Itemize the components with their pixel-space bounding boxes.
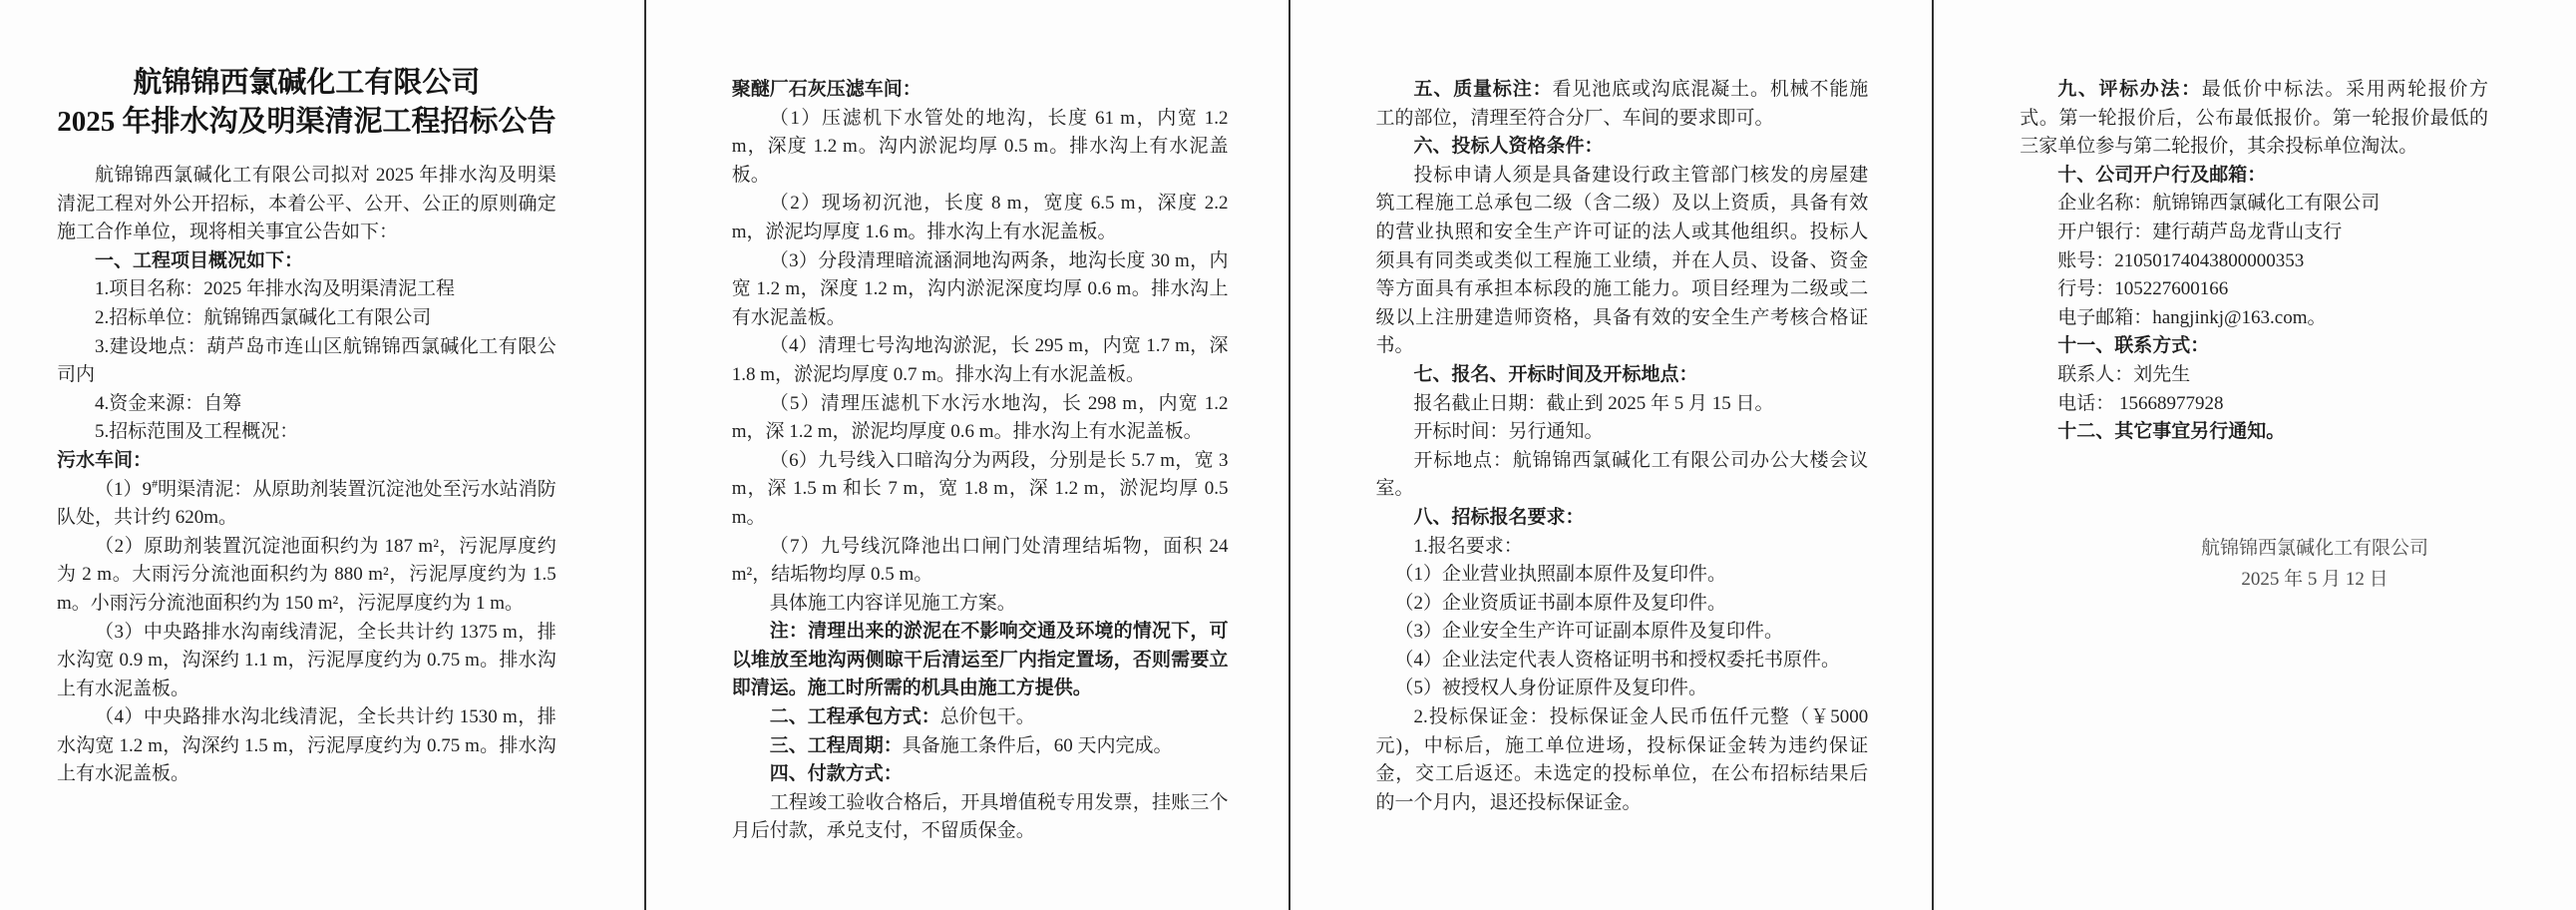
section-12-other-matters: 十二、其它事宜另行通知。 — [2020, 418, 2488, 447]
page-2: 聚醚厂石灰压滤车间： （1）压滤机下水管处的地沟，长度 61 m，内宽 1.2 … — [644, 0, 1288, 910]
payment-terms-paragraph: 工程竣工验收合格后，开具增值税专用发票，挂账三个月后付款，承兑支付，不留质保金。 — [732, 789, 1229, 846]
lime-item-6: （6）九号线入口暗沟分为两段，分别是长 5.7 m，宽 3 m，深 1.5 m … — [732, 447, 1229, 533]
lime-workshop-heading: 聚醚厂石灰压滤车间： — [732, 76, 1229, 105]
section-4-payment-heading: 四、付款方式： — [732, 760, 1229, 789]
section-7-time-place-heading: 七、报名、开标时间及开标地点： — [1376, 361, 1869, 390]
company-name-line: 企业名称：航锦锦西氯碱化工有限公司 — [2020, 190, 2488, 219]
scope-overview-item: 5.招标范围及工程概况： — [57, 418, 556, 447]
lime-item-7: （7）九号线沉降池出口闸门处清理结垢物，面积 24 m²，结垢物均厚 0.5 m… — [732, 533, 1229, 590]
section-6-bidder-qualification-heading: 六、投标人资格条件： — [1376, 133, 1869, 162]
funding-source-item: 4.资金来源：自筹 — [57, 390, 556, 419]
bid-deposit-paragraph: 2.投标保证金：投标保证金人民币伍仟元整（￥5000元)，中标后，施工单位进场，… — [1376, 703, 1869, 817]
lime-item-2: （2）现场初沉池，长度 8 m，宽度 6.5 m，深度 2.2 m，淤泥均厚度 … — [732, 190, 1229, 246]
doc-title-line1: 航锦锦西氯碱化工有限公司 — [57, 64, 556, 103]
wastewater-item-2: （2）原助剂装置沉淀池面积约为 187 m²，污泥厚度约为 2 m。大雨污分流池… — [57, 533, 556, 619]
document-sheet: 航锦锦西氯碱化工有限公司 2025 年排水沟及明渠清泥工程招标公告 航锦锦西氯碱… — [0, 0, 2576, 910]
construction-plan-note: 具体施工内容详见施工方案。 — [732, 590, 1229, 619]
signature-block: 航锦锦西氯碱化工有限公司 2025 年 5 月 12 日 — [2020, 533, 2488, 595]
lime-item-3: （3）分段清理暗流涵洞地沟两条，地沟长度 30 m，内宽 1.2 m，深度 1.… — [732, 247, 1229, 333]
required-doc-2: （2）企业资质证书副本原件及复印件。 — [1376, 590, 1869, 619]
bank-code-line: 行号：105227600166 — [2020, 275, 2488, 304]
tender-unit-item: 2.招标单位：航锦锦西氯碱化工有限公司 — [57, 304, 556, 333]
section-11-contact-heading: 十一、联系方式： — [2020, 332, 2488, 361]
signature-date: 2025 年 5 月 12 日 — [2201, 564, 2428, 595]
email-line: 电子邮箱：hangjinkj@163.com。 — [2020, 304, 2488, 333]
bidder-qualification-paragraph: 投标申请人须是具备建设行政主管部门核发的房屋建筑工程施工总承包二级（含二级）及以… — [1376, 162, 1869, 361]
section-9-evaluation-method: 九、评标办法：最低价中标法。采用两轮报价方式。第一轮报价后，公布最低报价。第一轮… — [2020, 76, 2488, 162]
page-3: 五、质量标注：看见池底或沟底混凝土。机械不能施工的部位，清理至符合分厂、车间的要… — [1288, 0, 1933, 910]
lime-item-5: （5）清理压滤机下水污水地沟，长 298 m，内宽 1.2 m，深 1.2 m，… — [732, 390, 1229, 447]
doc-title-line2: 2025 年排水沟及明渠清泥工程招标公告 — [57, 103, 556, 142]
required-doc-3: （3）企业安全生产许可证副本原件及复印件。 — [1376, 618, 1869, 647]
section-1-heading: 一、工程项目概况如下： — [57, 247, 556, 276]
signature-company: 航锦锦西氯碱化工有限公司 — [2201, 533, 2428, 564]
lime-item-4: （4）清理七号沟地沟淤泥，长 295 m，内宽 1.7 m，深 1.8 m，淤泥… — [732, 332, 1229, 389]
intro-paragraph: 航锦锦西氯碱化工有限公司拟对 2025 年排水沟及明渠清泥工程对外公开招标，本着… — [57, 162, 556, 247]
page-4: 九、评标办法：最低价中标法。采用两轮报价方式。第一轮报价后，公布最低报价。第一轮… — [1932, 0, 2576, 910]
sludge-disposal-note: 注：清理出来的淤泥在不影响交通及环境的情况下，可以堆放至地沟两侧晾干后清运至厂内… — [732, 618, 1229, 703]
section-8-registration-heading: 八、招标报名要求： — [1376, 504, 1869, 533]
wastewater-item-3: （3）中央路排水沟南线清泥，全长共计约 1375 m，排水沟宽 0.9 m，沟深… — [57, 619, 556, 704]
required-doc-5: （5）被授权人身份证原件及复印件。 — [1376, 675, 1869, 703]
registration-requirements-head: 1.报名要求： — [1376, 533, 1869, 562]
bid-opening-time: 开标时间：另行通知。 — [1376, 418, 1869, 447]
section-3-project-period: 三、工程周期：具备施工条件后，60 天内完成。 — [732, 732, 1229, 761]
section-2-contract-mode: 二、工程承包方式：总价包干。 — [732, 703, 1229, 732]
page-1: 航锦锦西氯碱化工有限公司 2025 年排水沟及明渠清泥工程招标公告 航锦锦西氯碱… — [0, 0, 644, 910]
bid-opening-place: 开标地点：航锦锦西氯碱化工有限公司办公大楼会议室。 — [1376, 447, 1869, 504]
construction-site-item: 3.建设地点：葫芦岛市连山区航锦锦西氯碱化工有限公司内 — [57, 333, 556, 390]
required-doc-4: （4）企业法定代表人资格证明书和授权委托书原件。 — [1376, 647, 1869, 676]
section-10-bank-email-heading: 十、公司开户行及邮箱： — [2020, 162, 2488, 191]
registration-deadline: 报名截止日期：截止到 2025 年 5 月 15 日。 — [1376, 390, 1869, 419]
phone-line: 电话： 15668977928 — [2020, 390, 2488, 419]
section-5-quality-standard: 五、质量标注：看见池底或沟底混凝土。机械不能施工的部位，清理至符合分厂、车间的要… — [1376, 76, 1869, 133]
wastewater-item-4: （4）中央路排水沟北线清泥，全长共计约 1530 m，排水沟宽 1.2 m，沟深… — [57, 703, 556, 789]
bank-name-line: 开户银行：建行葫芦岛龙背山支行 — [2020, 219, 2488, 247]
lime-item-1: （1）压滤机下水管处的地沟，长度 61 m，内宽 1.2 m，深度 1.2 m。… — [732, 105, 1229, 191]
required-doc-1: （1）企业营业执照副本原件及复印件。 — [1376, 561, 1869, 590]
contact-person-line: 联系人：刘先生 — [2020, 361, 2488, 390]
bank-account-line: 账号：21050174043800000353 — [2020, 247, 2488, 276]
project-name-item: 1.项目名称：2025 年排水沟及明渠清泥工程 — [57, 275, 556, 304]
wastewater-workshop-heading: 污水车间： — [57, 447, 556, 476]
wastewater-item-1: （1）9#明渠清泥：从原助剂装置沉淀池处至污水站消防队处，共计约 620m。 — [57, 476, 556, 533]
